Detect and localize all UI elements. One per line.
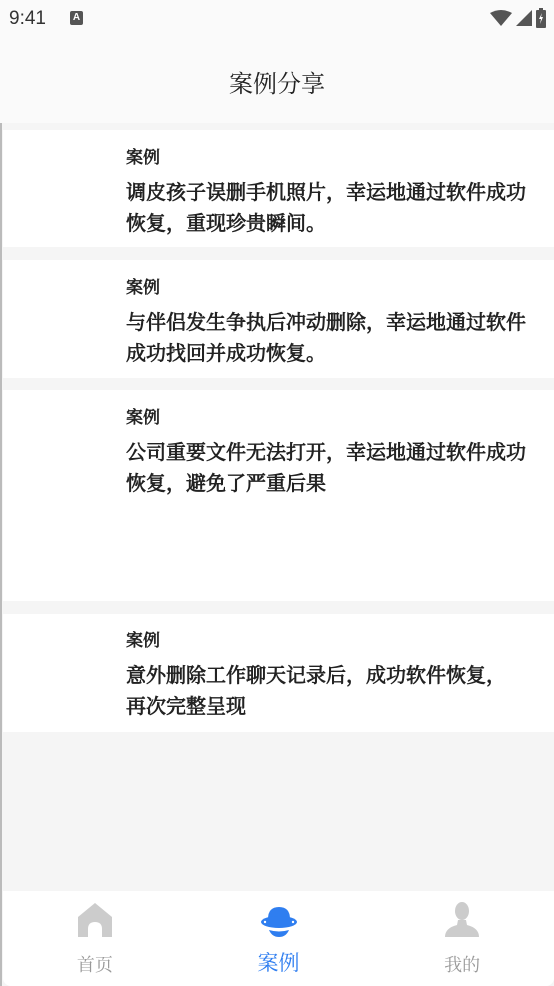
home-icon — [76, 901, 114, 939]
battery-icon — [536, 8, 546, 28]
status-time: 9:41 — [9, 8, 46, 30]
case-card[interactable]: 案例 意外删除工作聊天记录后，成功软件恢复，再次完整呈现 — [3, 614, 554, 732]
tab-label: 案例 — [187, 947, 371, 977]
tab-home[interactable]: 首页 — [3, 891, 187, 986]
bottom-tab-bar: 首页 案例 我的 — [3, 891, 554, 986]
case-text: 公司重要文件无法打开，幸运地通过软件成功恢复，避免了严重后果 — [126, 437, 536, 499]
signal-icon — [516, 10, 532, 26]
case-card[interactable]: 案例 公司重要文件无法打开，幸运地通过软件成功恢复，避免了严重后果 — [3, 390, 554, 601]
page-title: 案例分享 — [0, 64, 554, 99]
tab-cases[interactable]: 案例 — [187, 891, 371, 986]
planet-icon — [260, 905, 298, 939]
case-text: 意外删除工作聊天记录后，成功软件恢复，再次完整呈现 — [126, 660, 506, 722]
window-edge — [0, 0, 2, 986]
case-label: 案例 — [126, 143, 160, 168]
case-text: 调皮孩子误删手机照片，幸运地通过软件成功恢复，重现珍贵瞬间。 — [126, 177, 536, 239]
case-label: 案例 — [126, 626, 160, 651]
tab-label: 首页 — [3, 951, 187, 977]
status-bar: 9:41 A — [0, 0, 554, 38]
app-header: 案例分享 — [0, 38, 554, 123]
case-text: 与伴侣发生争执后冲动删除，幸运地通过软件成功找回并成功恢复。 — [126, 307, 536, 369]
notification-icon: A — [70, 11, 83, 25]
case-label: 案例 — [126, 273, 160, 298]
case-card[interactable]: 案例 与伴侣发生争执后冲动删除，幸运地通过软件成功找回并成功恢复。 — [3, 260, 554, 378]
case-label: 案例 — [126, 403, 160, 428]
case-card[interactable]: 案例 调皮孩子误删手机照片，幸运地通过软件成功恢复，重现珍贵瞬间。 — [3, 130, 554, 247]
tab-me[interactable]: 我的 — [370, 891, 554, 986]
wifi-icon — [490, 10, 512, 26]
user-icon — [443, 901, 481, 939]
tab-label: 我的 — [370, 951, 554, 977]
status-icons — [490, 8, 546, 28]
